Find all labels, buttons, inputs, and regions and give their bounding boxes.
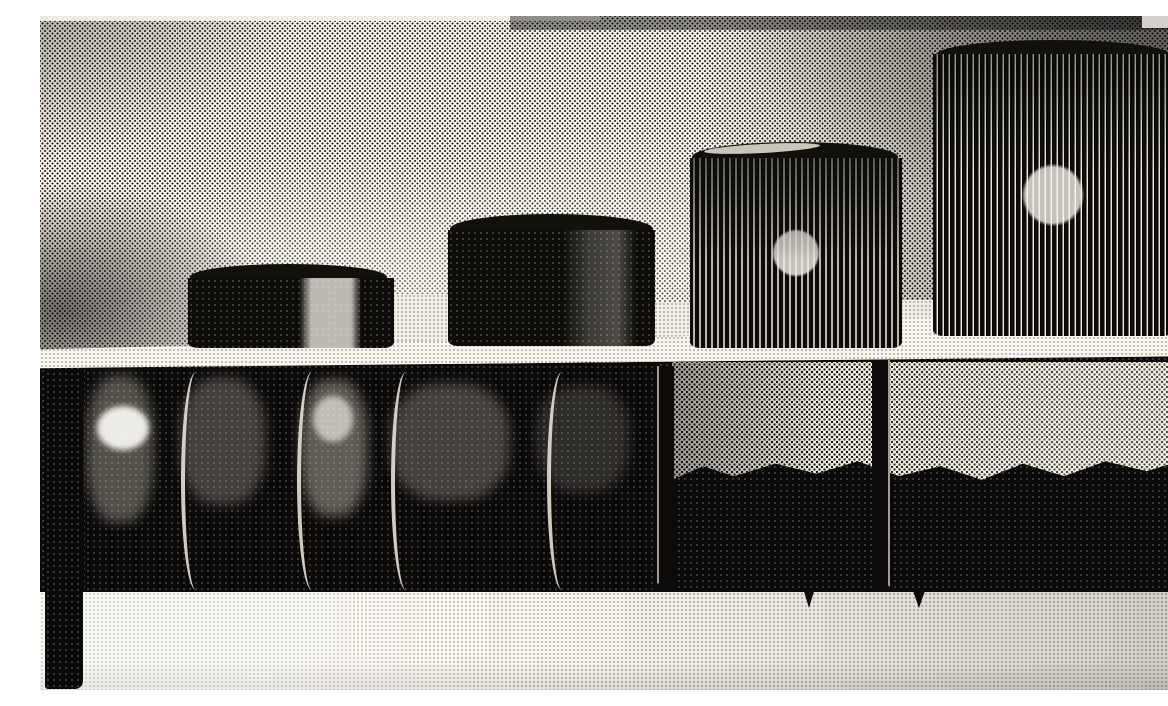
cylinder-largest <box>933 40 1168 336</box>
bench-leg <box>872 360 890 594</box>
bench-leg-left <box>45 353 83 689</box>
floor <box>40 592 1168 690</box>
barrel-hoop <box>181 372 211 590</box>
top-right-light-notch <box>1142 16 1168 28</box>
barrel <box>85 364 660 602</box>
barrel-hoop <box>391 372 421 590</box>
floor-shading <box>40 592 1168 690</box>
halftone-photo: Halftone photograph of four dark cylindr… <box>40 16 1168 690</box>
cylinder-body <box>188 278 394 348</box>
bench-leg <box>657 366 674 592</box>
barrel-hoop <box>547 372 577 590</box>
cylinder-small <box>188 262 394 348</box>
barrel-highlight-spot <box>97 406 149 450</box>
cylinder-body <box>448 230 655 346</box>
top-edge-dark-streak <box>510 16 1168 30</box>
cylinder-medium <box>448 214 655 346</box>
cylinder-large <box>690 140 902 348</box>
cylinder-body <box>690 158 902 348</box>
barrel-hoop <box>297 372 327 590</box>
cylinder-body <box>933 54 1168 336</box>
